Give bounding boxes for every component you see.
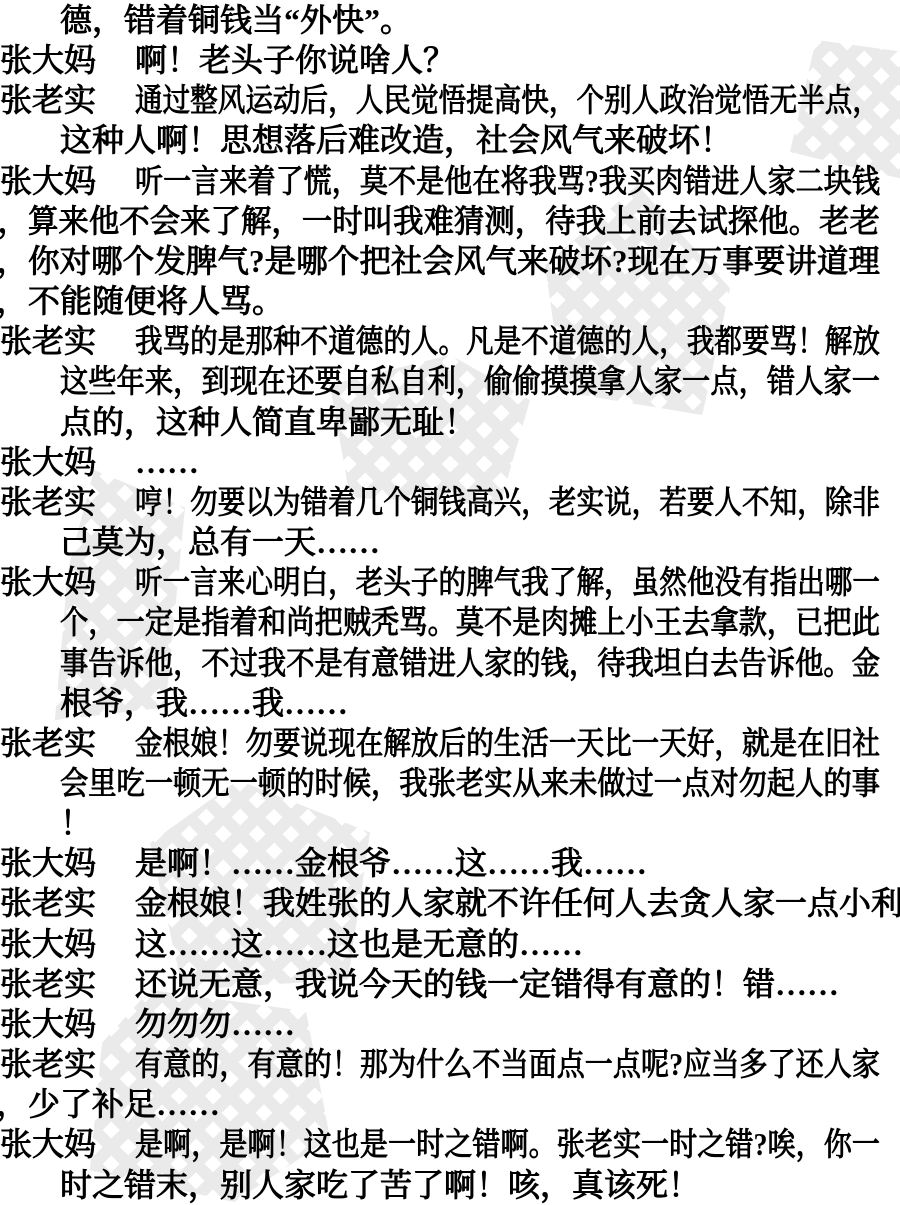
script-line: 张大妈是啊，是啊！这也是一时之错啊。张老实一时之错?唉，你一	[0, 1124, 900, 1164]
speaker-name: 张大妈	[0, 1004, 135, 1044]
script-line: ！	[0, 803, 900, 843]
dialogue-text: 是啊，是啊！这也是一时之错啊。张老实一时之错?唉，你一	[135, 1124, 880, 1164]
dialogue-text: 听一言来着了慌，莫不是他在将我骂?我买肉错进人家二块钱	[135, 161, 880, 201]
script-line: 会里吃一顿无一顿的时候，我张老实从来未做过一点对勿起人的事	[0, 763, 900, 803]
dialogue-text: 是啊！……金根爷……这……我……	[135, 843, 647, 883]
speaker-name: 张老实	[0, 80, 135, 120]
script-line: ，不能随便将人骂。	[0, 281, 900, 321]
script-line: 这些年来，到现在还要自私自利，偷偷摸摸拿人家一点，错人家一	[0, 361, 900, 401]
script-line: 点的，这种人简直卑鄙无耻！	[0, 402, 900, 442]
speaker-name: 张老实	[0, 964, 135, 1004]
dialogue-text: 这种人啊！思想落后难改造，社会风气来破坏！	[60, 120, 732, 160]
speaker-name: 张大妈	[0, 161, 135, 201]
dialogue-text: 这些年来，到现在还要自私自利，偷偷摸摸拿人家一点，错人家一	[60, 361, 880, 401]
script-line: 这种人啊！思想落后难改造，社会风气来破坏！	[0, 120, 900, 160]
script-line: 根爷，我……我……	[0, 683, 900, 723]
script-line: 张大妈听一言来着了慌，莫不是他在将我骂?我买肉错进人家二块钱	[0, 161, 900, 201]
script-line: 事告诉他，不过我不是有意错进人家的钱，待我坦白去告诉他。金	[0, 643, 900, 683]
dialogue-text: 事告诉他，不过我不是有意错进人家的钱，待我坦白去告诉他。金	[60, 643, 880, 683]
script-line: 时之错末，别人家吃了苦了啊！咳，真该死！	[0, 1165, 900, 1205]
script-line: 张老实金根娘！我姓张的人家就不许任何人去贪人家一点小利！	[0, 883, 900, 923]
dialogue-text: 听一言来心明白，老头子的脾气我了解，虽然他没有指出哪一	[135, 562, 880, 602]
script-line: ，少了补足……	[0, 1084, 900, 1124]
speaker-name: 张大妈	[0, 843, 135, 883]
dialogue-text: 啊！老头子你说啥人？	[135, 40, 455, 80]
script-line: 张大妈这……这……这也是无意的……	[0, 924, 900, 964]
dialogue-text: 我骂的是那种不道德的人。凡是不道德的人，我都要骂！解放	[135, 321, 880, 361]
dialogue-text: ……	[135, 442, 199, 482]
speaker-name: 张老实	[0, 723, 135, 763]
script-line: 张老实通过整风运动后，人民觉悟提高快，个别人政治觉悟无半点，	[0, 80, 900, 120]
script-line: 己莫为，总有一天……	[0, 522, 900, 562]
speaker-name: 张大妈	[0, 40, 135, 80]
speaker-name: 张大妈	[0, 442, 135, 482]
dialogue-text: ，不能随便将人骂。	[28, 281, 284, 321]
script-line: 张大妈听一言来心明白，老头子的脾气我了解，虽然他没有指出哪一	[0, 562, 900, 602]
script-line: 张老实哼！勿要以为错着几个铜钱高兴，老实说，若要人不知，除非	[0, 482, 900, 522]
script-line: ，你对哪个发脾气?是哪个把社会风气来破坏?现在万事要讲道理	[0, 241, 900, 281]
speaker-name: 张老实	[0, 1044, 135, 1084]
speaker-name: 张老实	[0, 482, 135, 522]
script-line: 张大妈勿勿勿……	[0, 1004, 900, 1044]
dialogue-text: 勿勿勿……	[135, 1004, 295, 1044]
script-content: 德，错着铜钱当“外快”。张大妈啊！老头子你说啥人？张老实通过整风运动后，人民觉悟…	[0, 0, 900, 1205]
dialogue-text: 通过整风运动后，人民觉悟提高快，个别人政治觉悟无半点，	[135, 80, 880, 120]
dialogue-text: 个，一定是指着和尚把贼秃骂。莫不是肉摊上小王去拿款，已把此	[60, 602, 880, 642]
speaker-name: 张老实	[0, 321, 135, 361]
dialogue-text: ，算来他不会来了解，一时叫我难猜测，待我上前去试探他。老老	[28, 201, 880, 241]
dialogue-text: ，少了补足……	[28, 1084, 220, 1124]
script-line: 张大妈……	[0, 442, 900, 482]
dialogue-text: 有意的，有意的！那为什么不当面点一点呢?应当多了还人家	[135, 1044, 880, 1084]
dialogue-text: 点的，这种人简直卑鄙无耻！	[60, 402, 476, 442]
script-line: 张大妈啊！老头子你说啥人？	[0, 40, 900, 80]
dialogue-text: 德，错着铜钱当“外快”。	[60, 0, 412, 40]
dialogue-text: 金根娘！我姓张的人家就不许任何人去贪人家一点小利！	[135, 883, 900, 923]
dialogue-text: 会里吃一顿无一顿的时候，我张老实从来未做过一点对勿起人的事	[60, 763, 880, 803]
dialogue-text: 还说无意，我说今天的钱一定错得有意的！错……	[135, 964, 839, 1004]
speaker-name: 张大妈	[0, 1124, 135, 1164]
dialogue-text: ！	[60, 803, 92, 843]
speaker-name: 张大妈	[0, 562, 135, 602]
script-line: 张老实还说无意，我说今天的钱一定错得有意的！错……	[0, 964, 900, 1004]
script-line: 德，错着铜钱当“外快”。	[0, 0, 900, 40]
script-line: 张老实有意的，有意的！那为什么不当面点一点呢?应当多了还人家	[0, 1044, 900, 1084]
dialogue-text: 这……这……这也是无意的……	[135, 924, 583, 964]
speaker-name: 张大妈	[0, 924, 135, 964]
dialogue-text: 哼！勿要以为错着几个铜钱高兴，老实说，若要人不知，除非	[135, 482, 880, 522]
script-page: 德，错着铜钱当“外快”。张大妈啊！老头子你说啥人？张老实通过整风运动后，人民觉悟…	[0, 0, 900, 1205]
dialogue-text: 时之错末，别人家吃了苦了啊！咳，真该死！	[60, 1165, 700, 1205]
dialogue-text: 金根娘！勿要说现在解放后的生活一天比一天好，就是在旧社	[135, 723, 880, 763]
script-line: 张老实金根娘！勿要说现在解放后的生活一天比一天好，就是在旧社	[0, 723, 900, 763]
script-line: 张大妈是啊！……金根爷……这……我……	[0, 843, 900, 883]
script-line: 个，一定是指着和尚把贼秃骂。莫不是肉摊上小王去拿款，已把此	[0, 602, 900, 642]
dialogue-text: ，你对哪个发脾气?是哪个把社会风气来破坏?现在万事要讲道理	[28, 241, 880, 281]
dialogue-text: 己莫为，总有一天……	[60, 522, 380, 562]
speaker-name: 张老实	[0, 883, 135, 923]
script-line: ，算来他不会来了解，一时叫我难猜测，待我上前去试探他。老老	[0, 201, 900, 241]
dialogue-text: 根爷，我……我……	[60, 683, 348, 723]
script-line: 张老实我骂的是那种不道德的人。凡是不道德的人，我都要骂！解放	[0, 321, 900, 361]
